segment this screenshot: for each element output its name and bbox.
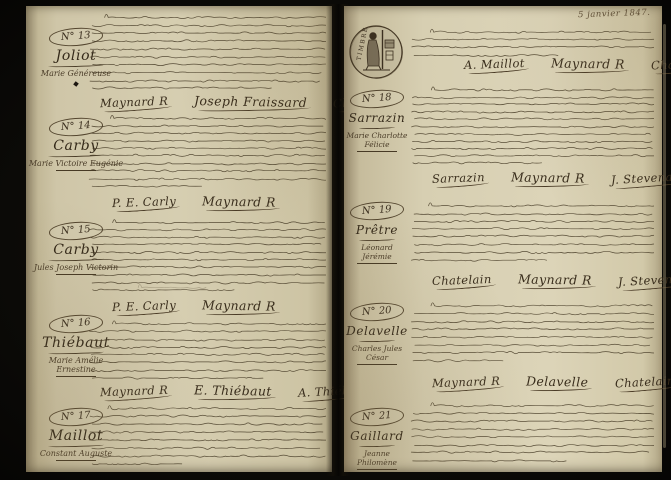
- signature: Chatelain: [650, 55, 671, 74]
- entry-number-badge: N° 18: [350, 88, 405, 110]
- signature: J. Stevenard: [610, 169, 671, 189]
- page-stack-edge: [663, 24, 666, 448]
- left-page: N° 13 Joliot Marie Généreuse N° 14 Carby…: [26, 6, 332, 472]
- act-paragraph: [410, 402, 654, 477]
- entry-given-names: Jeanne Philomène: [346, 449, 408, 467]
- signature-row: A. Maillot Maynard R Chatelain: [464, 56, 671, 73]
- act-paragraph: [410, 86, 654, 179]
- entry-surname: Prêtre: [346, 223, 408, 241]
- act-paragraph: [88, 405, 326, 480]
- ink-dot: [73, 81, 79, 87]
- entry-surname: Delavelle: [346, 324, 408, 342]
- entry-number-badge: N° 20: [350, 301, 405, 323]
- entry-surname: Gaillard: [346, 429, 408, 447]
- signature: Chatelain: [432, 272, 492, 290]
- signature-row: P. E. Carly Maynard R: [112, 298, 276, 315]
- signature-row: Maynard R Delavelle Chatelain: [432, 374, 671, 391]
- act-paragraph: [88, 14, 326, 104]
- underline-rule: [357, 151, 397, 152]
- entry-given-names: Charles Jules César: [346, 344, 408, 362]
- margin-entry-21: N° 21 Gaillard Jeanne Philomène: [346, 404, 408, 470]
- entry-given-names: Marie Charlotte Félicie: [346, 131, 408, 149]
- folio-date-note: 5 janvier 1847.: [577, 8, 650, 21]
- underline-rule: [357, 364, 397, 365]
- act-paragraph: [410, 202, 654, 276]
- entry-number-badge: N° 21: [350, 406, 405, 428]
- scanned-register-spread: N° 13 Joliot Marie Généreuse N° 14 Carby…: [0, 0, 671, 480]
- signature: A. Maillot: [464, 56, 525, 74]
- signature: Maynard R: [100, 94, 169, 112]
- entry-surname: Sarrazin: [346, 111, 408, 129]
- signature-row: Sarrazin Maynard R J. Stevenard: [432, 170, 671, 187]
- signature: Maynard R: [100, 383, 169, 401]
- signature: P. E. Carly: [112, 194, 177, 212]
- signature: Delavelle: [526, 373, 589, 391]
- signature-row: P. E. Carly Maynard R: [112, 194, 276, 211]
- underline-rule: [357, 469, 397, 470]
- signature: E. Thiébaut: [194, 382, 272, 400]
- margin-entry-19: N° 19 Prêtre Léonard Jérémie: [346, 198, 408, 264]
- act-paragraph: [88, 114, 326, 202]
- signature-row: Chatelain Maynard R J. Stevenard: [432, 272, 671, 289]
- signature: Maynard R: [202, 297, 276, 315]
- signature: Maynard R: [511, 169, 585, 187]
- revenue-stamp: TIMBRE: [346, 22, 406, 86]
- margin-entry-20: N° 20 Delavelle Charles Jules César: [346, 299, 408, 365]
- signature: Sarrazin: [432, 170, 485, 188]
- signature: Maynard R: [518, 271, 592, 289]
- entry-given-names: Léonard Jérémie: [346, 243, 408, 261]
- signature: Maynard R: [432, 374, 501, 392]
- margin-entry-18: N° 18 Sarrazin Marie Charlotte Félicie: [346, 86, 408, 152]
- signature: Maynard R: [551, 55, 625, 73]
- signature: P. E. Carly: [112, 298, 177, 316]
- act-paragraph: [410, 302, 654, 377]
- signature: Joseph Fraissard: [194, 93, 307, 112]
- signature: Maynard R: [202, 193, 276, 211]
- entry-number-badge: N° 19: [350, 200, 405, 222]
- right-page: 5 janvier 1847. TIMBRE N° 18 Sarrazin: [344, 6, 662, 472]
- underline-rule: [357, 263, 397, 264]
